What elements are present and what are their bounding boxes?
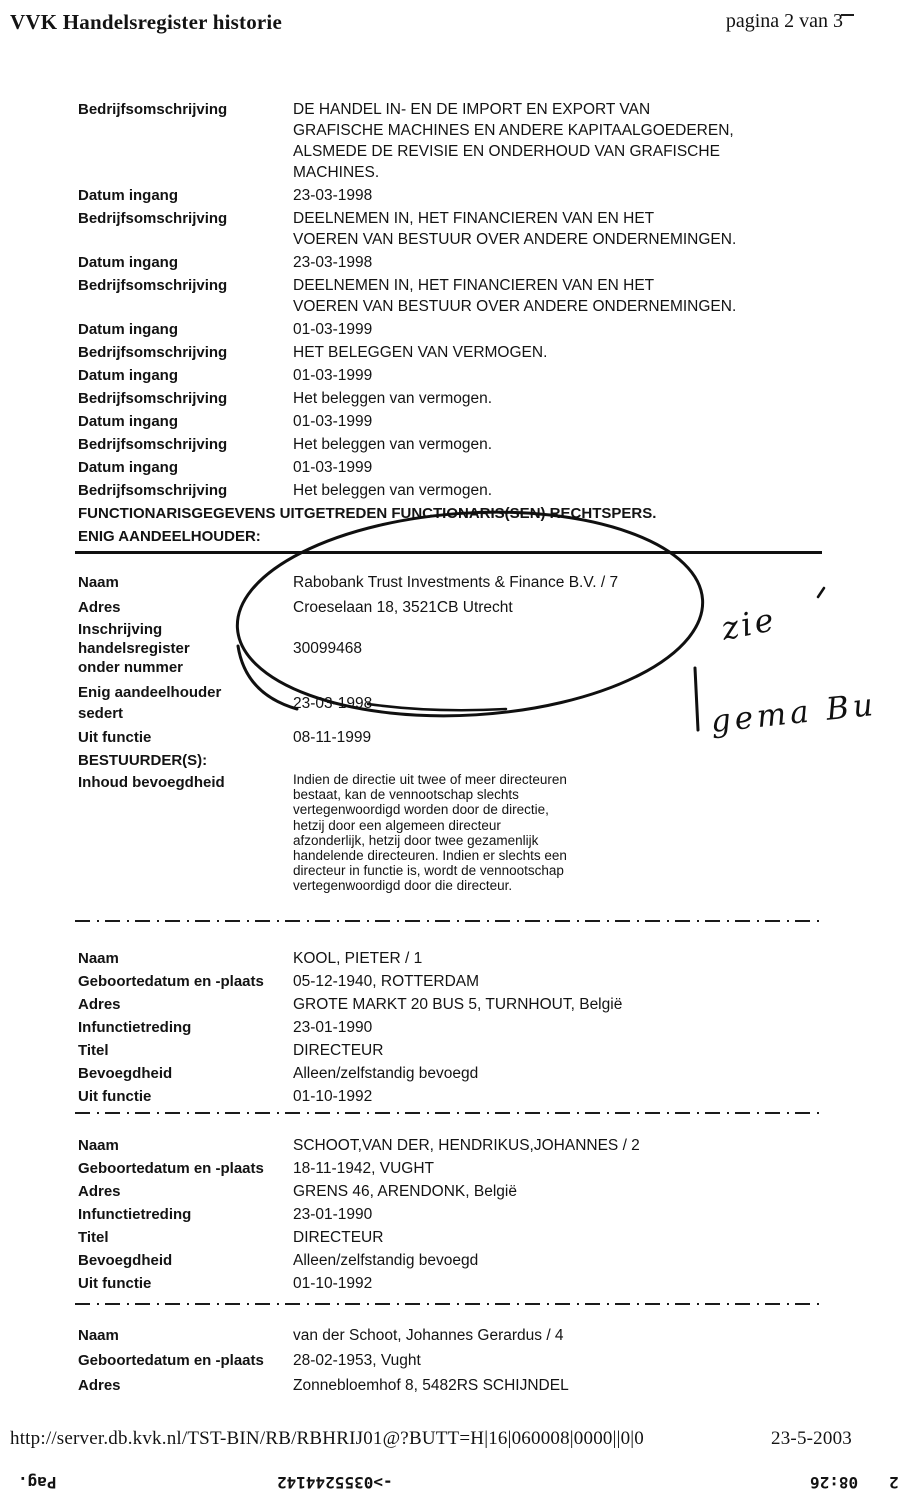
field-value: 01-03-1999 [293,365,840,386]
field-label: Uit functie [78,727,293,748]
field-value: Alleen/zelfstandig bevoegd [293,1063,840,1084]
field-value: 23-01-1990 [293,1204,840,1225]
field-label: Enig aandeelhouder sedert [78,682,293,724]
field-row: Adres GROTE MARKT 20 BUS 5, TURNHOUT, Be… [78,994,840,1015]
field-value: 23-03-1998 [293,693,840,714]
field-label: Adres [78,994,293,1015]
field-value: DIRECTEUR [293,1040,840,1061]
field-value: GROTE MARKT 20 BUS 5, TURNHOUT, België [293,994,840,1015]
field-row: Bedrijfsomschrijving Het beleggen van ve… [78,480,840,501]
field-value: 01-10-1992 [293,1273,840,1294]
field-value: 01-03-1999 [293,319,840,340]
field-row: Bevoegdheid Alleen/zelfstandig bevoegd [78,1063,840,1084]
field-row: Adres Zonnebloemhof 8, 5482RS SCHIJNDEL [78,1375,840,1396]
section-divider-solid [75,551,822,554]
field-row: Naam KOOL, PIETER / 1 [78,948,840,969]
field-value: 28-02-1953, Vught [293,1350,840,1371]
field-label: Naam [78,1325,293,1346]
field-label: Adres [78,1375,293,1396]
field-row: Uit functie 01-10-1992 [78,1273,840,1294]
fax-edge-fragment: 2 [889,1468,899,1492]
field-value: DEELNEMEN IN, HET FINANCIEREN VAN EN HET… [293,275,840,317]
field-value: 23-03-1998 [293,185,840,206]
field-label: Adres [78,1181,293,1202]
field-value: 01-03-1999 [293,457,840,478]
field-label: Bevoegdheid [78,1063,293,1084]
field-label: Bedrijfsomschrijving [78,480,293,501]
field-label: Bedrijfsomschrijving [78,434,293,455]
field-row: Datum ingang 23-03-1998 [78,185,840,206]
field-row: Naam Rabobank Trust Investments & Financ… [78,572,840,593]
field-value: Alleen/zelfstandig bevoegd [293,1250,840,1271]
field-row: Naam SCHOOT,VAN DER, HENDRIKUS,JOHANNES … [78,1135,840,1156]
field-label: Uit functie [78,1086,293,1107]
field-value: 01-03-1999 [293,411,840,432]
scan-artifact-dash [841,14,854,16]
field-row: Geboortedatum en -plaats 28-02-1953, Vug… [78,1350,840,1371]
field-row: Infunctietreding 23-01-1990 [78,1017,840,1038]
scanned-document-page: VVK Handelsregister historie pagina 2 va… [0,0,900,1499]
page-indicator: pagina 2 van 3 [726,10,843,33]
field-label: Uit functie [78,1273,293,1294]
field-value: Het beleggen van vermogen. [293,388,840,409]
field-label: Inschrijving handelsregister onder numme… [78,620,293,677]
field-row: Titel DIRECTEUR [78,1227,840,1248]
field-value: 05-12-1940, ROTTERDAM [293,971,840,992]
field-row: Datum ingang 01-03-1999 [78,411,840,432]
field-row: Adres Croeselaan 18, 3521CB Utrecht [78,597,840,618]
field-value: 18-11-1942, VUGHT [293,1158,840,1179]
field-label: Datum ingang [78,252,293,273]
field-label: Datum ingang [78,365,293,386]
field-row: Bedrijfsomschrijving DEELNEMEN IN, HET F… [78,275,840,317]
director-section: Naam KOOL, PIETER / 1 Geboortedatum en -… [78,948,840,1109]
field-value: DEELNEMEN IN, HET FINANCIEREN VAN EN HET… [293,208,840,250]
field-label: Adres [78,597,293,618]
field-label: Naam [78,572,293,593]
field-value: KOOL, PIETER / 1 [293,948,840,969]
field-value: Zonnebloemhof 8, 5482RS SCHIJNDEL [293,1375,840,1396]
field-row: Inhoud bevoegdheid Indien de directie ui… [78,772,840,894]
field-value: 23-01-1990 [293,1017,840,1038]
field-row: Adres GRENS 46, ARENDONK, België [78,1181,840,1202]
field-label: Geboortedatum en -plaats [78,1158,293,1179]
field-value: van der Schoot, Johannes Gerardus / 4 [293,1325,840,1346]
field-value: Rabobank Trust Investments & Finance B.V… [293,572,840,593]
section-divider-dashed [75,1303,822,1305]
field-label: Bedrijfsomschrijving [78,342,293,363]
field-value: 08-11-1999 [293,727,840,748]
section-heading-functionaris: FUNCTIONARISGEGEVENS UITGETREDEN FUNCTIO… [78,503,840,524]
field-row: Uit functie 01-10-1992 [78,1086,840,1107]
field-row: Geboortedatum en -plaats 05-12-1940, ROT… [78,971,840,992]
field-value: SCHOOT,VAN DER, HENDRIKUS,JOHANNES / 2 [293,1135,840,1156]
footer-url: http://server.db.kvk.nl/TST-BIN/RB/RBHRI… [10,1428,644,1450]
field-row: Bedrijfsomschrijving DEELNEMEN IN, HET F… [78,208,840,250]
field-label: Infunctietreding [78,1204,293,1225]
section-heading-bestuurders: BESTUURDER(S): [78,750,840,771]
field-row: Bevoegdheid Alleen/zelfstandig bevoegd [78,1250,840,1271]
field-value: 23-03-1998 [293,252,840,273]
field-label: Geboortedatum en -plaats [78,971,293,992]
field-value: Het beleggen van vermogen. [293,434,840,455]
field-row: Datum ingang 01-03-1999 [78,365,840,386]
section-divider-dashed [75,1112,822,1114]
field-label: Titel [78,1227,293,1248]
document-header: VVK Handelsregister historie pagina 2 va… [0,8,900,48]
field-row: Bedrijfsomschrijving DE HANDEL IN- EN DE… [78,99,840,183]
field-value: DIRECTEUR [293,1227,840,1248]
section-divider-dashed [75,920,822,922]
field-row: Inschrijving handelsregister onder numme… [78,620,840,677]
field-value: Croeselaan 18, 3521CB Utrecht [293,597,840,618]
field-row: Datum ingang 23-03-1998 [78,252,840,273]
field-row: Geboortedatum en -plaats 18-11-1942, VUG… [78,1158,840,1179]
fax-time: 08:26 [810,1468,858,1492]
field-label: Inhoud bevoegdheid [78,772,293,894]
fax-number: ->0355244142 [277,1468,393,1492]
field-row: Uit functie 08-11-1999 [78,727,840,748]
field-label: Naam [78,948,293,969]
field-label: Naam [78,1135,293,1156]
field-row: Bedrijfsomschrijving Het beleggen van ve… [78,434,840,455]
field-row: Datum ingang 01-03-1999 [78,457,840,478]
footer-date: 23-5-2003 [771,1428,852,1450]
field-label: Bedrijfsomschrijving [78,275,293,317]
field-value: 30099468 [293,638,840,659]
director-section: Naam SCHOOT,VAN DER, HENDRIKUS,JOHANNES … [78,1135,840,1296]
fax-page-label: Pag. [18,1468,57,1492]
field-value: GRENS 46, ARENDONK, België [293,1181,840,1202]
field-value: 01-10-1992 [293,1086,840,1107]
shareholder-section: Naam Rabobank Trust Investments & Financ… [78,572,840,896]
field-row: Naam van der Schoot, Johannes Gerardus /… [78,1325,840,1346]
field-row: Infunctietreding 23-01-1990 [78,1204,840,1225]
field-value: Indien de directie uit twee of meer dire… [293,772,840,894]
footer: http://server.db.kvk.nl/TST-BIN/RB/RBHRI… [10,1428,852,1450]
field-value: DE HANDEL IN- EN DE IMPORT EN EXPORT VAN… [293,99,840,183]
field-label: Bevoegdheid [78,1250,293,1271]
document-title: VVK Handelsregister historie [10,10,282,35]
activity-section: Bedrijfsomschrijving DE HANDEL IN- EN DE… [78,99,840,549]
field-label: Titel [78,1040,293,1061]
field-label: Bedrijfsomschrijving [78,388,293,409]
field-label: Bedrijfsomschrijving [78,208,293,250]
field-label: Infunctietreding [78,1017,293,1038]
field-label: Datum ingang [78,319,293,340]
field-row: Enig aandeelhouder sedert 23-03-1998 [78,682,840,724]
field-label: Bedrijfsomschrijving [78,99,293,183]
field-value: HET BELEGGEN VAN VERMOGEN. [293,342,840,363]
section-heading-enig-aandeelhouder: ENIG AANDEELHOUDER: [78,526,840,547]
director-section: Naam van der Schoot, Johannes Gerardus /… [78,1325,840,1400]
field-value: Het beleggen van vermogen. [293,480,840,501]
field-row: Datum ingang 01-03-1999 [78,319,840,340]
field-label: Datum ingang [78,185,293,206]
field-label: Datum ingang [78,457,293,478]
field-row: Bedrijfsomschrijving Het beleggen van ve… [78,388,840,409]
field-row: Bedrijfsomschrijving HET BELEGGEN VAN VE… [78,342,840,363]
field-row: Titel DIRECTEUR [78,1040,840,1061]
field-label: Geboortedatum en -plaats [78,1350,293,1371]
field-label: Datum ingang [78,411,293,432]
